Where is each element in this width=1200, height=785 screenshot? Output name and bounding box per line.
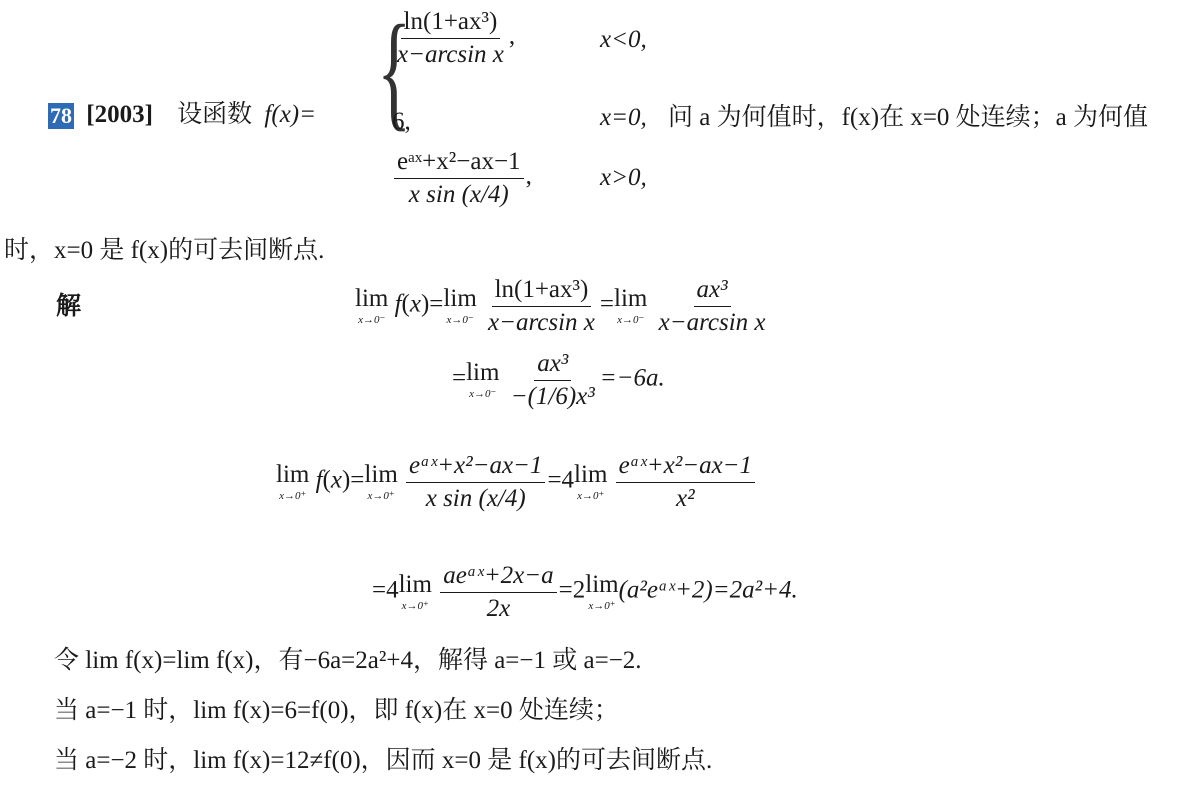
right-step3-fraction: aeᵃˣ+2x−a 2x xyxy=(440,562,556,622)
left-step3-fraction: ax³ −(1/6)x³ xyxy=(508,350,598,410)
case-1-fraction: ln(1+ax³) x−arcsin x xyxy=(394,8,507,68)
problem-number-badge: 78 xyxy=(48,103,74,129)
case-2: 6, xyxy=(392,108,411,136)
case-1-numerator: ln(1+ax³) xyxy=(401,8,501,39)
case-3-denominator: x sin (x/4) xyxy=(406,179,512,209)
question-line-1: 问 a 为何值时，f(x)在 x=0 处连续；a 为何值 xyxy=(668,97,1148,133)
case-2-condition: x=0, xyxy=(600,104,647,132)
case-3-condition: x>0, xyxy=(600,164,647,192)
conclusion-line-1: 令 lim f(x)=lim f(x)，有−6a=2a²+4，解得 a=−1 或… xyxy=(54,640,642,676)
problem-intro: 设函数 xyxy=(177,101,252,128)
right-limit-line-1: limx→0⁺ f(x)=limx→0⁺ eᵃˣ+x²−ax−1 x sin (… xyxy=(276,452,757,512)
conclusion-line-3: 当 a=−2 时，lim f(x)=12≠f(0)，因而 x=0 是 f(x)的… xyxy=(54,740,712,776)
question-line-2: 时，x=0 是 f(x)的可去间断点. xyxy=(4,230,324,266)
case-1: ln(1+ax³) x−arcsin x , xyxy=(392,8,515,68)
left-step1-fraction: ln(1+ax³) x−arcsin x xyxy=(485,276,598,336)
left-step2-fraction: ax³ x−arcsin x xyxy=(656,276,769,336)
left-limit-line-1: limx→0⁻ f(x)=limx→0⁻ ln(1+ax³) x−arcsin … xyxy=(355,276,771,336)
case-3-fraction: eᵃˣ+x²−ax−1 x sin (x/4) xyxy=(394,148,524,208)
limit-operator: limx→0⁻ xyxy=(355,286,388,326)
left-limit-line-2: =limx→0⁻ ax³ −(1/6)x³ =−6a. xyxy=(452,350,665,410)
case-3: eᵃˣ+x²−ax−1 x sin (x/4) , xyxy=(392,148,532,208)
problem-year: [2003] xyxy=(86,101,153,128)
case-1-condition: x<0, xyxy=(600,26,647,54)
solution-label: 解 xyxy=(56,286,81,322)
right-step2-fraction: eᵃˣ+x²−ax−1 x² xyxy=(616,452,755,512)
conclusion-line-2: 当 a=−1 时，lim f(x)=6=f(0)，即 f(x)在 x=0 处连续… xyxy=(54,690,619,726)
case-1-denominator: x−arcsin x xyxy=(394,39,507,69)
right-limit-line-2: =4limx→0⁺ aeᵃˣ+2x−a 2x =2limx→0⁺(a²eᵃˣ+2… xyxy=(372,562,798,622)
problem-header: 78 [2003] 设函数 f(x)= xyxy=(48,94,316,130)
right-step1-fraction: eᵃˣ+x²−ax−1 x sin (x/4) xyxy=(406,452,545,512)
function-name: f(x)= xyxy=(264,101,316,128)
case-3-numerator: eᵃˣ+x²−ax−1 xyxy=(394,148,524,179)
